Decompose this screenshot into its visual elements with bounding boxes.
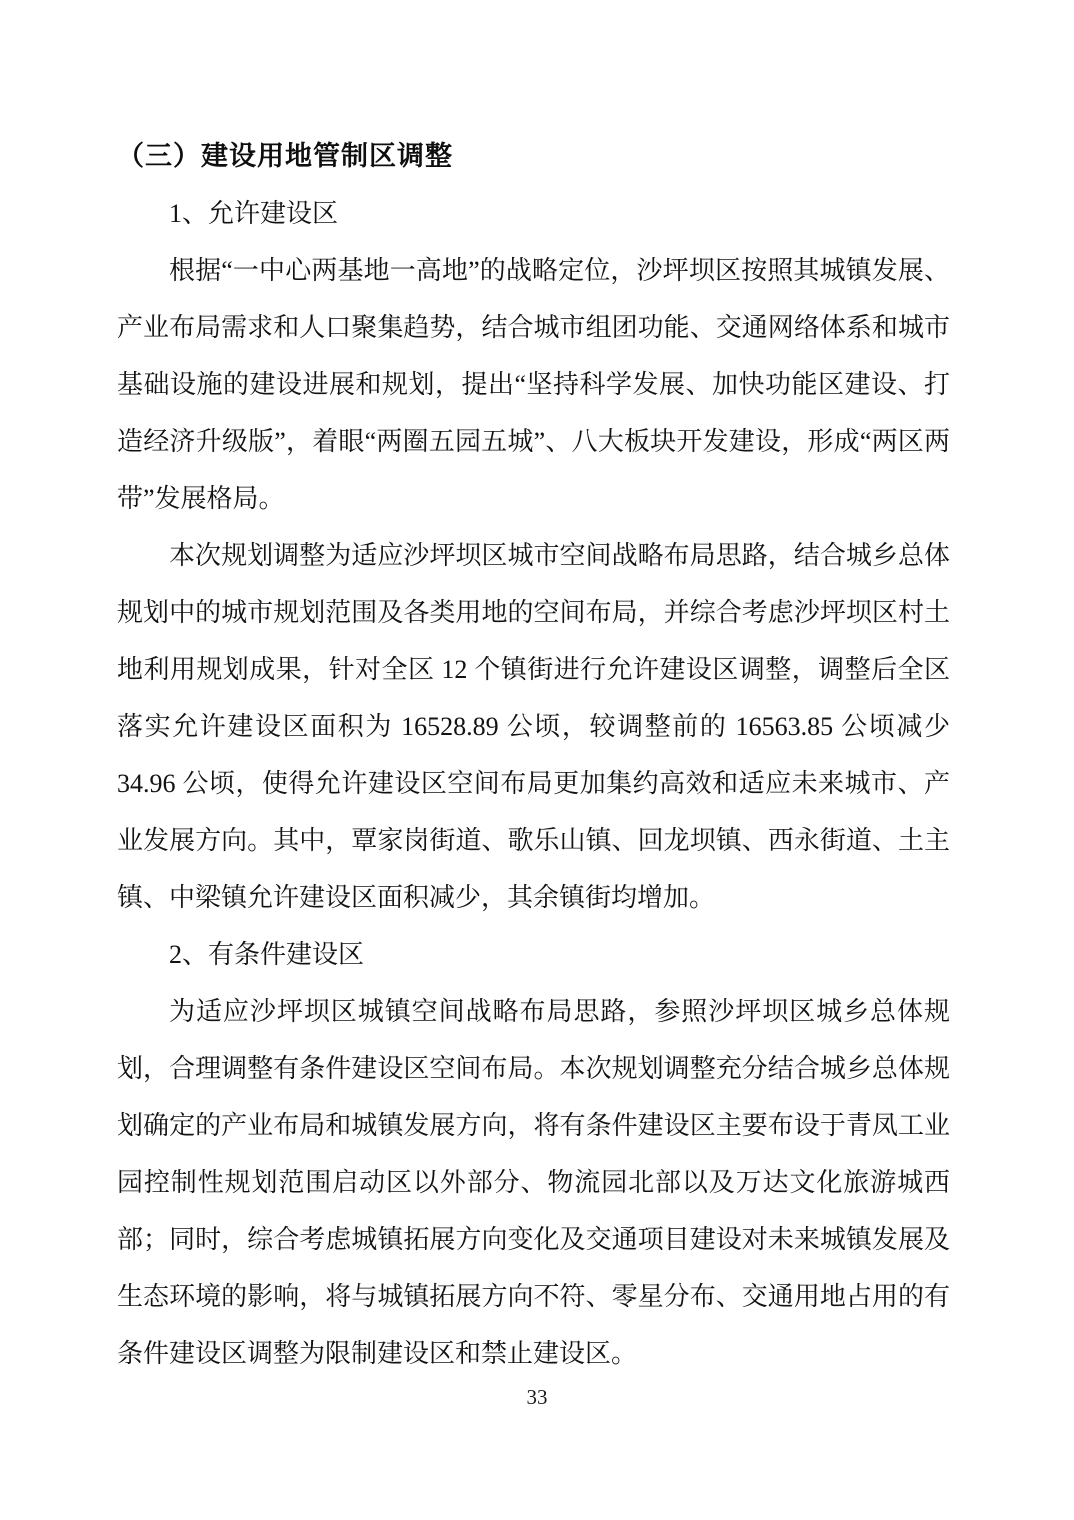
paragraph-strategy-positioning: 根据“一中心两基地一高地”的战略定位，沙坪坝区按照其城镇发展、产业布局需求和人口… bbox=[117, 242, 950, 527]
page-number: 33 bbox=[0, 1385, 1074, 1410]
document-content: （三）建设用地管制区调整 1、允许建设区 根据“一中心两基地一高地”的战略定位，… bbox=[117, 128, 950, 1382]
document-page: （三）建设用地管制区调整 1、允许建设区 根据“一中心两基地一高地”的战略定位，… bbox=[0, 0, 1074, 1520]
section-heading: （三）建设用地管制区调整 bbox=[117, 128, 950, 185]
paragraph-conditional-area-adjustment: 为适应沙坪坝区城镇空间战略布局思路，参照沙坪坝区城乡总体规划，合理调整有条件建设… bbox=[117, 983, 950, 1382]
subsection-title-allowed-construction: 1、允许建设区 bbox=[117, 185, 950, 242]
paragraph-allowed-area-adjustment: 本次规划调整为适应沙坪坝区城市空间战略布局思路，结合城乡总体规划中的城市规划范围… bbox=[117, 527, 950, 926]
subsection-title-conditional-construction: 2、有条件建设区 bbox=[117, 926, 950, 983]
